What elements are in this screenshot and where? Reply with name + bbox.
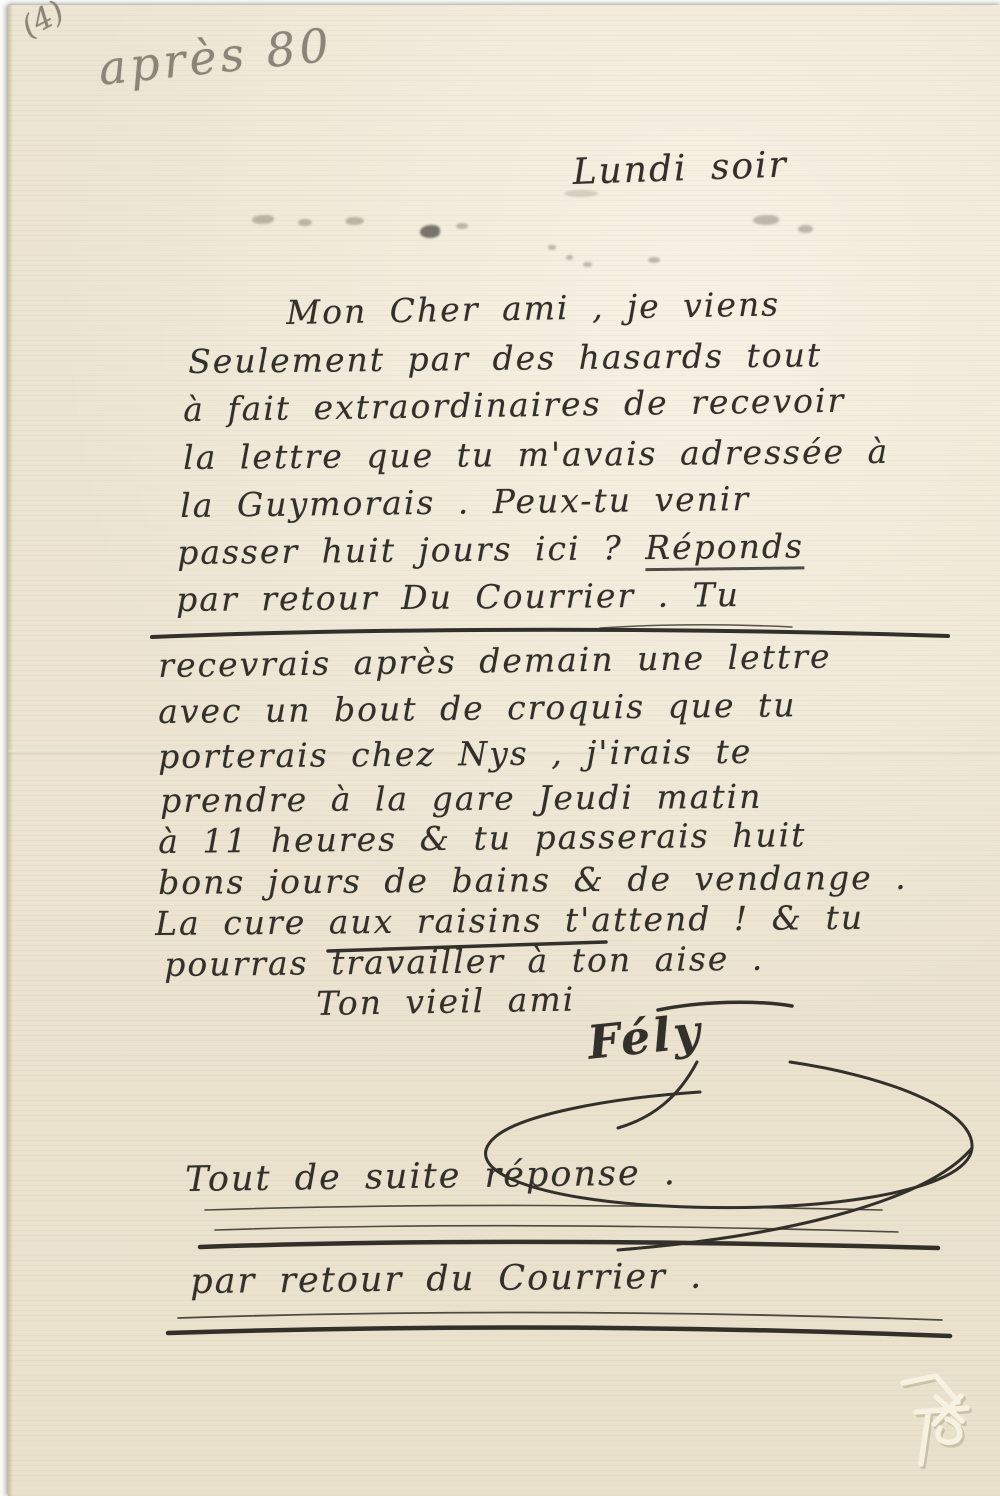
letter-line: La cure aux raisins t'attend ! & tu — [155, 898, 864, 943]
letter-line: Seulement par des hasards tout — [188, 335, 822, 381]
letter-line: par retour Du Courrier . Tu — [176, 575, 740, 619]
ink-smudge — [298, 219, 312, 226]
ink-smudge — [648, 257, 660, 263]
letter-line: la lettre que tu m'avais adressée à — [183, 432, 889, 477]
letter-line: pourras travailler à ton aise . — [164, 939, 764, 984]
ink-smudge — [798, 225, 813, 233]
letter-line: avec un bout de croquis que tu — [158, 685, 797, 731]
letter-line: porterais chez Nys , j'irais te — [158, 732, 752, 776]
letter-line: prendre à la gare Jeudi matin — [160, 777, 763, 820]
ink-smudge — [548, 245, 556, 250]
letter-line: la Guymorais . Peux-tu venir — [180, 479, 750, 525]
ink-smudge — [753, 215, 779, 225]
ink-smudge — [583, 262, 592, 267]
ink-smudge — [420, 225, 440, 238]
postscript-line: Tout de suite réponse . — [185, 1153, 677, 1200]
ink-smudge — [566, 255, 573, 260]
postscript-line: par retour du Courrier . — [190, 1257, 703, 1302]
ink-smudge — [252, 215, 274, 224]
ink-smudge — [346, 217, 364, 225]
ink-smudge — [456, 223, 468, 229]
closing-line: Ton vieil ami — [316, 979, 576, 1023]
letter-line: bons jours de bains & de vendange . — [158, 858, 908, 902]
dateline: Lundi soir — [572, 144, 788, 192]
letter-line: à 11 heures & tu passerais huit — [158, 815, 807, 861]
letter-line: passer huit jours ici ? Réponds — [177, 526, 804, 572]
